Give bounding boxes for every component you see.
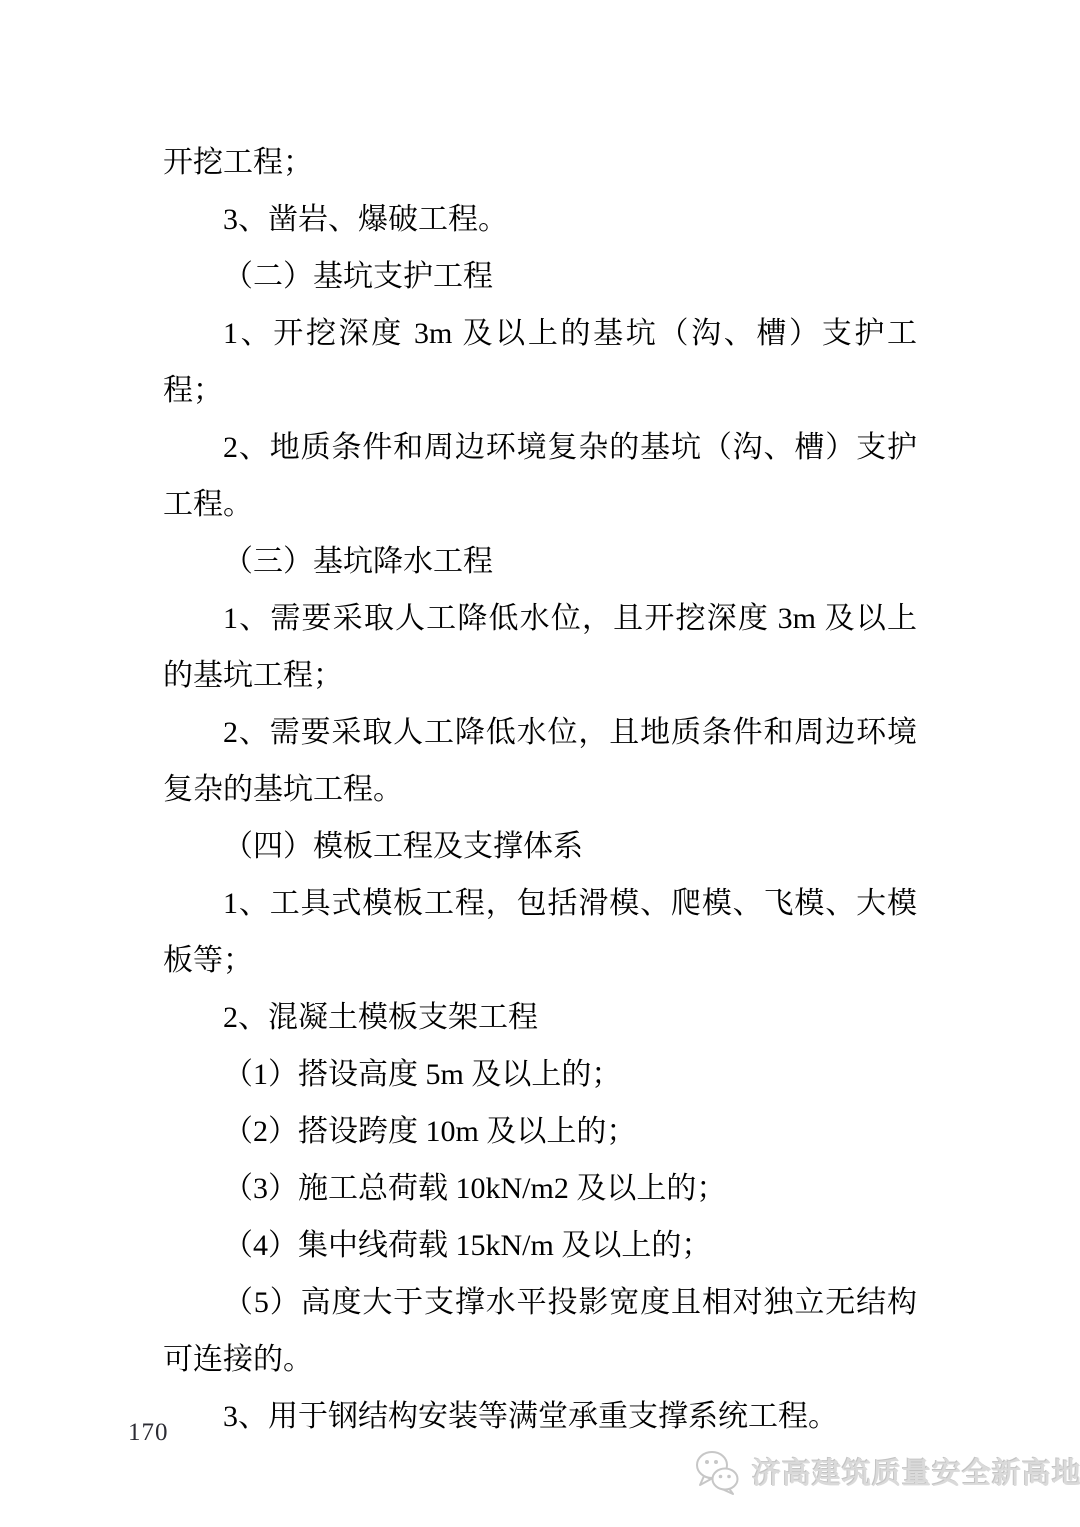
paragraph: （2）搭设跨度 10m 及以上的；: [163, 1103, 917, 1160]
document-body: 开挖工程；3、凿岩、爆破工程。（二）基坑支护工程1、开挖深度 3m 及以上的基坑…: [163, 134, 917, 1445]
paragraph: 1、开挖深度 3m 及以上的基坑（沟、槽）支护工程；: [163, 305, 917, 419]
paragraph: （三）基坑降水工程: [163, 533, 917, 590]
paragraph: （3）施工总荷载 10kN/m2 及以上的；: [163, 1160, 917, 1217]
paragraph: （1）搭设高度 5m 及以上的；: [163, 1046, 917, 1103]
watermark-text: 济高建筑质量安全新高地: [752, 1450, 1080, 1498]
paragraph: 3、用于钢结构安装等满堂承重支撑系统工程。: [163, 1388, 917, 1445]
paragraph: 1、需要采取人工降低水位，且开挖深度 3m 及以上的基坑工程；: [163, 590, 917, 704]
paragraph: 3、凿岩、爆破工程。: [163, 191, 917, 248]
watermark: 济高建筑质量安全新高地: [694, 1450, 1080, 1498]
wechat-icon: [694, 1450, 742, 1498]
paragraph: 2、需要采取人工降低水位，且地质条件和周边环境复杂的基坑工程。: [163, 704, 917, 818]
paragraph: 2、混凝土模板支架工程: [163, 989, 917, 1046]
document-page: 开挖工程；3、凿岩、爆破工程。（二）基坑支护工程1、开挖深度 3m 及以上的基坑…: [0, 0, 1080, 1527]
paragraph: （4）集中线荷载 15kN/m 及以上的；: [163, 1217, 917, 1274]
paragraph: （四）模板工程及支撑体系: [163, 818, 917, 875]
paragraph: 开挖工程；: [163, 134, 917, 191]
paragraph: 1、工具式模板工程，包括滑模、爬模、飞模、大模板等；: [163, 875, 917, 989]
paragraph: 2、地质条件和周边环境复杂的基坑（沟、槽）支护工程。: [163, 419, 917, 533]
paragraph: （二）基坑支护工程: [163, 248, 917, 305]
paragraph: （5）高度大于支撑水平投影宽度且相对独立无结构可连接的。: [163, 1274, 917, 1388]
page-number: 170: [128, 1418, 169, 1448]
